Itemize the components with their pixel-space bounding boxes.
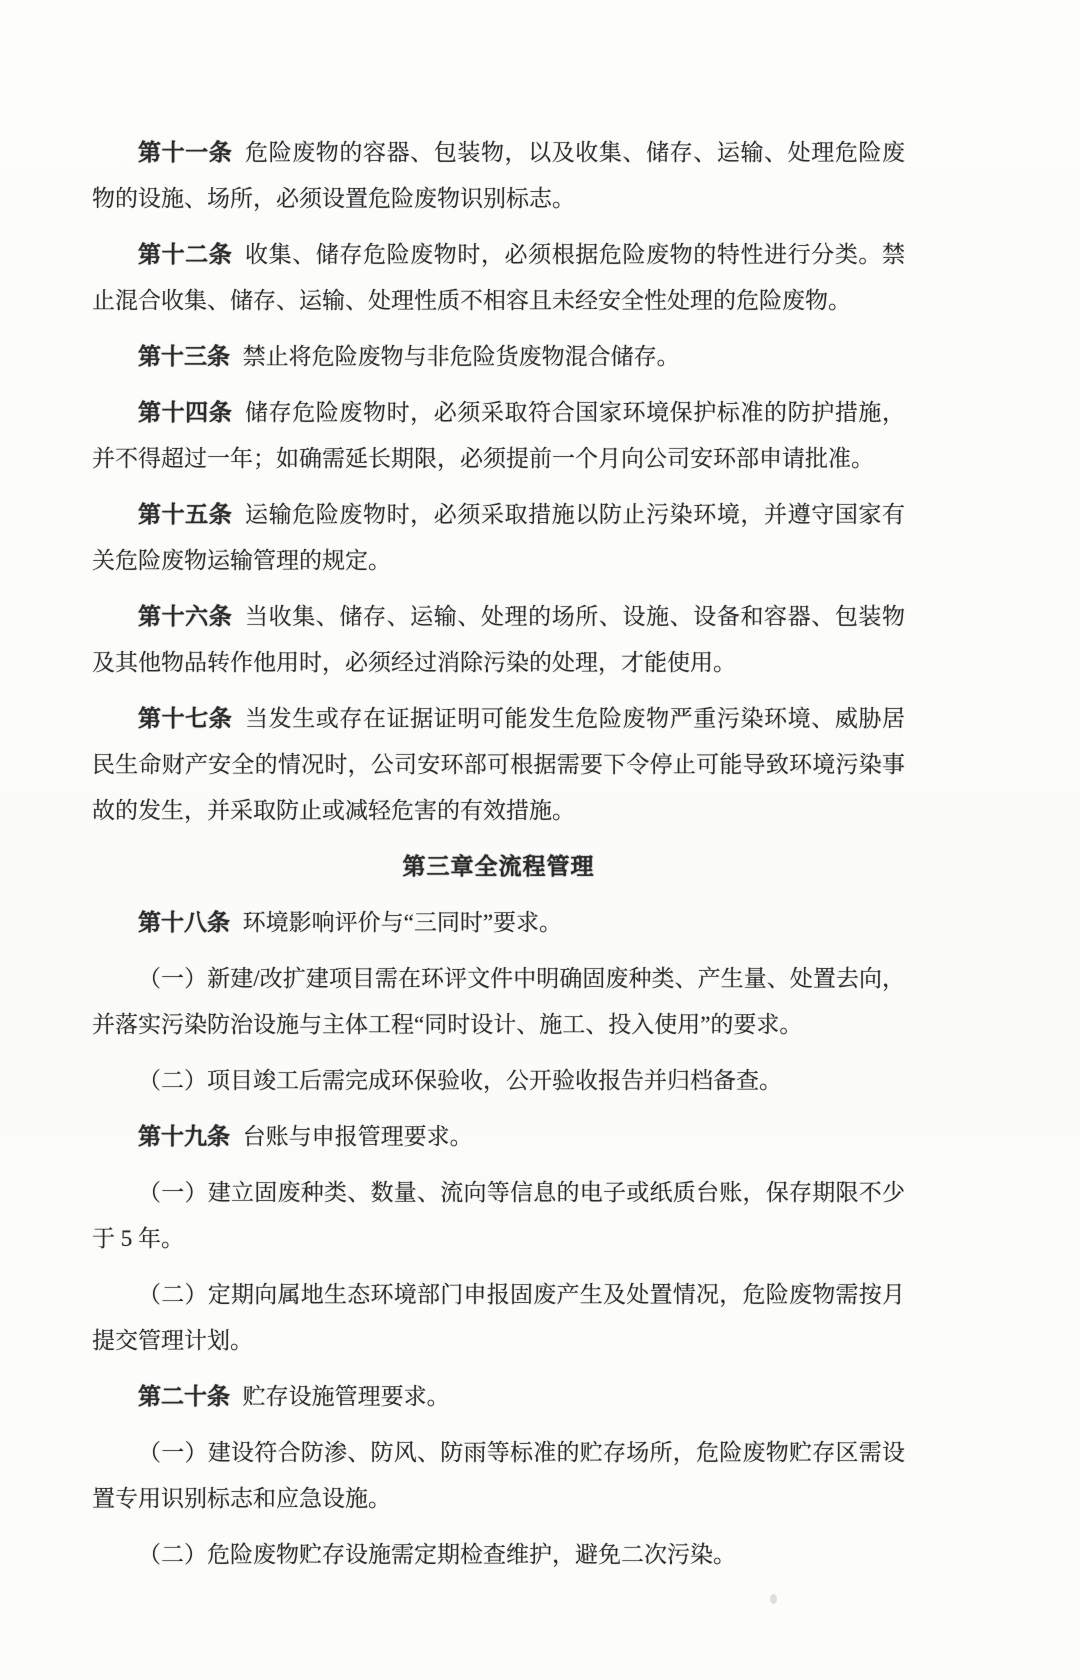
document-page: 第十一条危险废物的容器、包装物，以及收集、储存、运输、处理危险废物的设施、场所，… (0, 0, 1080, 1680)
article-number-label: 第二十条 (138, 1384, 230, 1409)
sub-item-paragraph: （二）定期向属地生态环境部门申报固废产生及处置情况，危险废物需按月提交管理计划。 (92, 1272, 905, 1364)
document-body: 第十一条危险废物的容器、包装物，以及收集、储存、运输、处理危险废物的设施、场所，… (92, 130, 905, 1578)
article-paragraph: 第十五条运输危险废物时，必须采取措施以防止污染环境，并遵守国家有关危险废物运输管… (92, 492, 905, 584)
article-number-label: 第十六条 (138, 604, 232, 629)
article-number-label: 第十九条 (138, 1124, 230, 1149)
sub-item-paragraph: （二）项目竣工后需完成环保验收，公开验收报告并归档备查。 (92, 1058, 905, 1104)
article-paragraph: 第十七条当发生或存在证据证明可能发生危险废物严重污染环境、威胁居民生命财产安全的… (92, 696, 905, 834)
article-paragraph: 第十四条储存危险废物时，必须采取符合国家环境保护标准的防护措施，并不得超过一年；… (92, 390, 905, 482)
article-number-label: 第十四条 (138, 400, 232, 425)
article-number-label: 第十二条 (138, 242, 232, 267)
article-number-label: 第十八条 (138, 910, 230, 935)
article-number-label: 第十七条 (138, 706, 232, 731)
sub-item-paragraph: （二）危险废物贮存设施需定期检查维护，避免二次污染。 (92, 1532, 905, 1578)
sub-item-paragraph: （一）新建/改扩建项目需在环评文件中明确固废种类、产生量、处置去向，并落实污染防… (92, 956, 905, 1048)
article-paragraph: 第十三条禁止将危险废物与非危险货废物混合储存。 (92, 334, 905, 380)
article-paragraph: 第十八条环境影响评价与“三同时”要求。 (92, 900, 905, 946)
article-paragraph: 第十九条台账与申报管理要求。 (92, 1114, 905, 1160)
article-paragraph: 第十六条当收集、储存、运输、处理的场所、设施、设备和容器、包装物及其他物品转作他… (92, 594, 905, 686)
article-number-label: 第十一条 (138, 140, 232, 165)
article-paragraph: 第十一条危险废物的容器、包装物，以及收集、储存、运输、处理危险废物的设施、场所，… (92, 130, 905, 222)
article-paragraph: 第十二条收集、储存危险废物时，必须根据危险废物的特性进行分类。禁止混合收集、储存… (92, 232, 905, 324)
sub-item-paragraph: （一）建立固废种类、数量、流向等信息的电子或纸质台账，保存期限不少于 5 年。 (92, 1170, 905, 1262)
article-number-label: 第十三条 (138, 344, 230, 369)
sub-item-paragraph: （一）建设符合防渗、防风、防雨等标准的贮存场所，危险废物贮存区需设置专用识别标志… (92, 1430, 905, 1522)
chapter-heading: 第三章全流程管理 (92, 844, 905, 890)
article-paragraph: 第二十条贮存设施管理要求。 (92, 1374, 905, 1420)
scan-artifact (770, 1594, 777, 1604)
article-number-label: 第十五条 (138, 502, 232, 527)
